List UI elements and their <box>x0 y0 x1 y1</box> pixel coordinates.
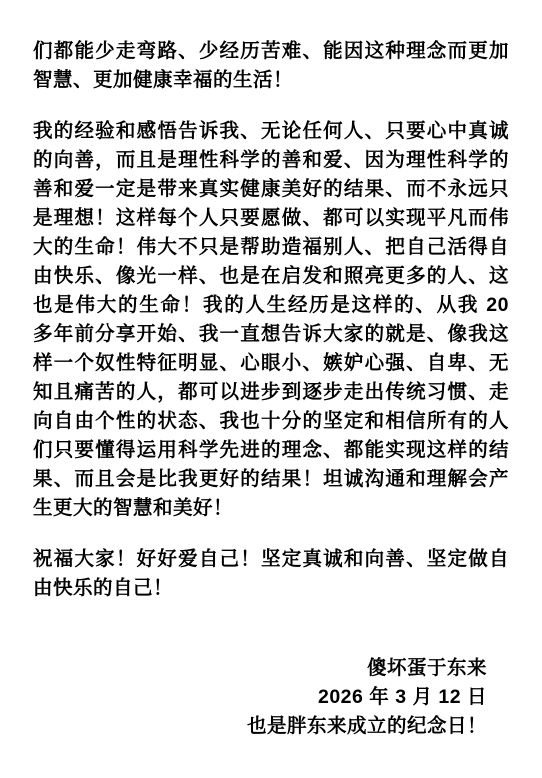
letter-line: 大的生命！伟大不只是帮助造福别人、把自己活得自 <box>33 233 509 262</box>
signature-name: 傻坏蛋于东来 <box>33 654 487 683</box>
letter-page: 们都能少走弯路、少经历苦难、能因这种理念而更加 智慧、更加健康幸福的生活！ 我的… <box>0 0 542 778</box>
letter-line: 们只要懂得运用科学先进的理念、都能实现这样的结 <box>33 436 509 465</box>
letter-line: 由快乐、像光一样、也是在启发和照亮更多的人、这 <box>33 262 509 291</box>
letter-line: 也是伟大的生命！我的人生经历是这样的、从我 20 <box>33 291 509 320</box>
letter-line: 知且痛苦的人，都可以进步到逐步走出传统习惯、走 <box>33 378 509 407</box>
signature-block: 傻坏蛋于东来 2026 年 3 月 12 日 也是胖东来成立的纪念日！ <box>33 654 487 741</box>
letter-paragraph-2: 我的经验和感悟告诉我、无论任何人、只要心中真诚 的向善，而且是理性科学的善和爱、… <box>33 117 509 523</box>
signature-date: 2026 年 3 月 12 日 <box>33 683 487 712</box>
letter-line: 生更大的智慧和美好！ <box>33 494 509 523</box>
letter-paragraph-1: 们都能少走弯路、少经历苦难、能因这种理念而更加 智慧、更加健康幸福的生活！ <box>33 37 509 95</box>
letter-line: 善和爱一定是带来真实健康美好的结果、而不永远只 <box>33 175 509 204</box>
letter-line: 是理想！这样每个人只要愿做、都可以实现平凡而伟 <box>33 204 509 233</box>
letter-line: 多年前分享开始、我一直想告诉大家的就是、像我这 <box>33 320 509 349</box>
letter-line: 们都能少走弯路、少经历苦难、能因这种理念而更加 <box>33 37 509 66</box>
letter-line: 果、而且会是比我更好的结果！坦诚沟通和理解会产 <box>33 465 509 494</box>
letter-line: 祝福大家！好好爱自己！坚定真诚和向善、坚定做自 <box>33 545 509 574</box>
letter-line: 的向善，而且是理性科学的善和爱、因为理性科学的 <box>33 146 509 175</box>
letter-line: 智慧、更加健康幸福的生活！ <box>33 66 509 95</box>
signature-note: 也是胖东来成立的纪念日！ <box>33 712 487 741</box>
letter-line: 由快乐的自己！ <box>33 574 509 603</box>
letter-line: 向自由个性的状态、我也十分的坚定和相信所有的人 <box>33 407 509 436</box>
letter-line: 样一个奴性特征明显、心眼小、嫉妒心强、自卑、无 <box>33 349 509 378</box>
letter-paragraph-3: 祝福大家！好好爱自己！坚定真诚和向善、坚定做自 由快乐的自己！ <box>33 545 509 603</box>
letter-line: 我的经验和感悟告诉我、无论任何人、只要心中真诚 <box>33 117 509 146</box>
